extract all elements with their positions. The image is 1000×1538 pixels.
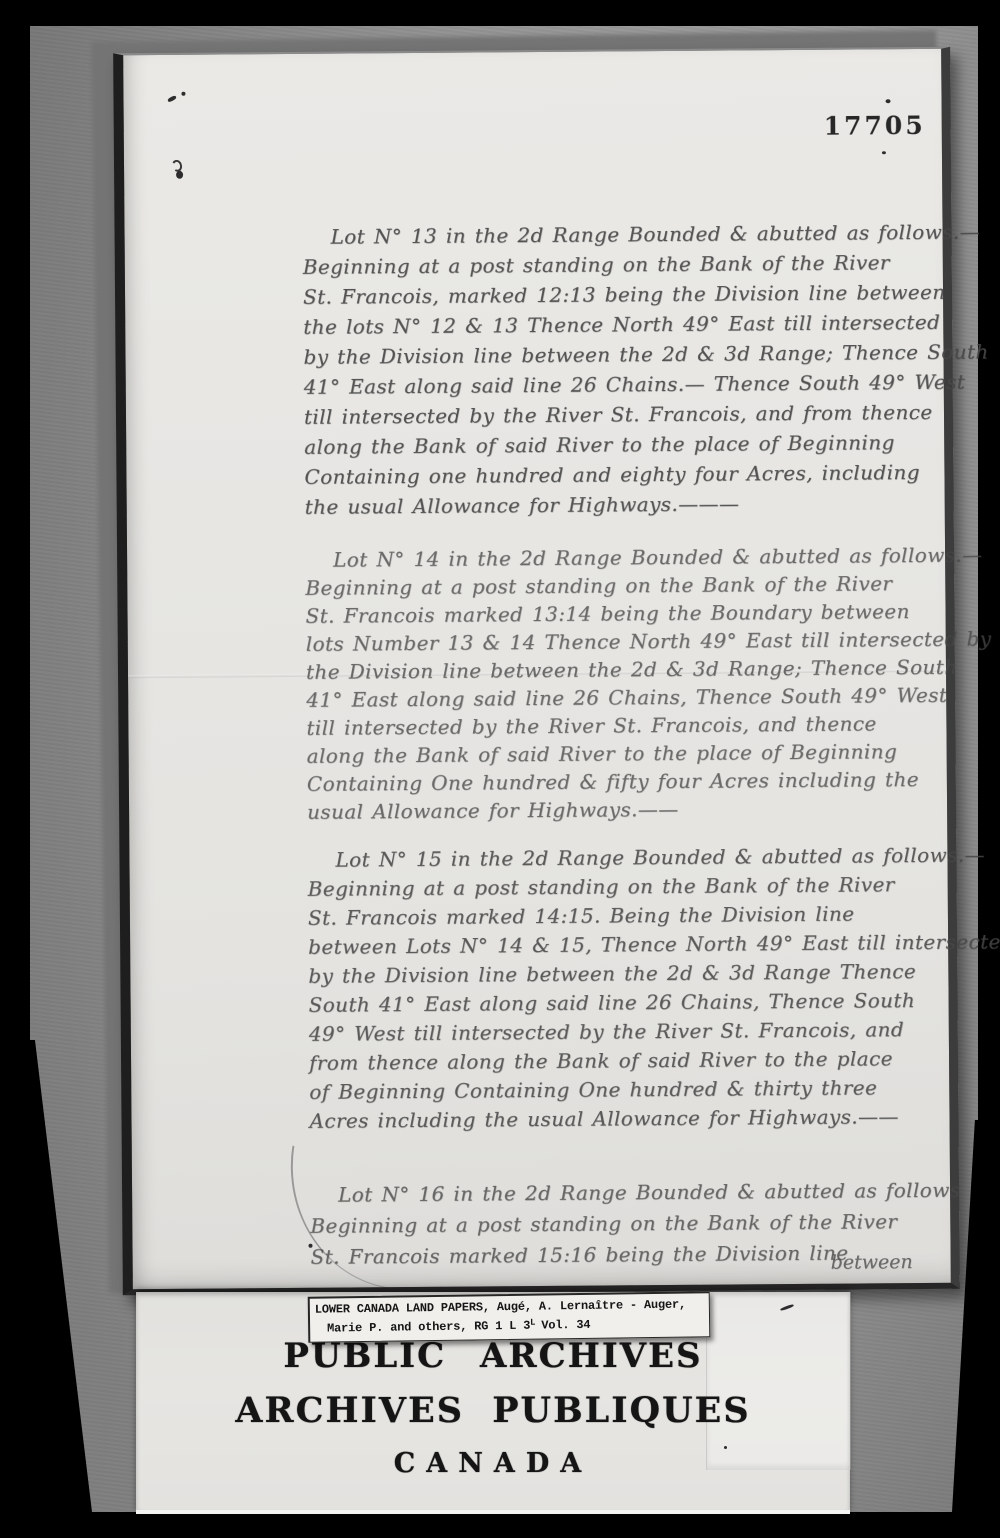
handwriting-line: the usual Allowance for Highways.———	[305, 486, 990, 521]
stamp-line-archives-publiques: ARCHIVES PUBLIQUES	[136, 1390, 850, 1431]
reference-label-line2-text: Marie P. and others, RG 1 L 3	[327, 1319, 530, 1336]
handwriting-line: 49° West till intersected by the River S…	[309, 1014, 1000, 1049]
ink-speck	[882, 151, 886, 154]
manuscript-paragraph-lot-15: Lot N° 15 in the 2d Range Bounded & abut…	[307, 840, 1000, 1136]
reference-label: LOWER CANADA LAND PAPERS, Augé, A. Lerna…	[308, 1291, 711, 1343]
handwriting-line: Containing one hundred and eighty four A…	[304, 456, 989, 491]
card-overlap-sheet	[706, 1292, 851, 1470]
ink-speck	[176, 171, 183, 179]
page-number-stamp: 17705	[824, 111, 926, 141]
handwriting-line: Beginning at a post standing on the Bank…	[310, 1206, 961, 1242]
stamp-line-public-archives: PUBLIC ARCHIVES	[136, 1336, 850, 1376]
handwriting-line: Lot N° 16 in the 2d Range Bounded & abut…	[310, 1175, 961, 1211]
catchword: between	[831, 1251, 913, 1274]
handwriting-line: Acres including the usual Allowance for …	[309, 1101, 1000, 1136]
handwriting-line: usual Allowance for Highways.——	[307, 792, 993, 825]
reference-label-line2: Marie P. and others, RG 1 L 3LVol. 34	[315, 1312, 704, 1336]
reference-label-superscript: L	[530, 1318, 535, 1328]
manuscript-paragraph-lot-13: Lot N° 13 in the 2d Range Bounded & abut…	[302, 216, 990, 521]
manuscript-paragraph-lot-14: Lot N° 14 in the 2d Range Bounded & abut…	[305, 540, 993, 825]
ink-speck	[181, 92, 185, 96]
ink-speck	[167, 95, 177, 103]
manuscript-page: 17705 Lot N° 13 in the 2d Range Bounded …	[113, 47, 960, 1296]
ink-speck	[886, 99, 891, 103]
stamp-line-canada: CANADA	[136, 1448, 850, 1479]
scanned-document: 17705 Lot N° 13 in the 2d Range Bounded …	[0, 0, 1000, 1538]
handwriting-line: Lot N° 15 in the 2d Range Bounded & abut…	[307, 840, 1000, 875]
reference-label-volume: Vol. 34	[541, 1318, 590, 1333]
handwriting-line: Containing One hundred & fifty four Acre…	[307, 764, 993, 797]
handwriting-line: 41° East along said line 26 Chains, Then…	[306, 680, 992, 713]
